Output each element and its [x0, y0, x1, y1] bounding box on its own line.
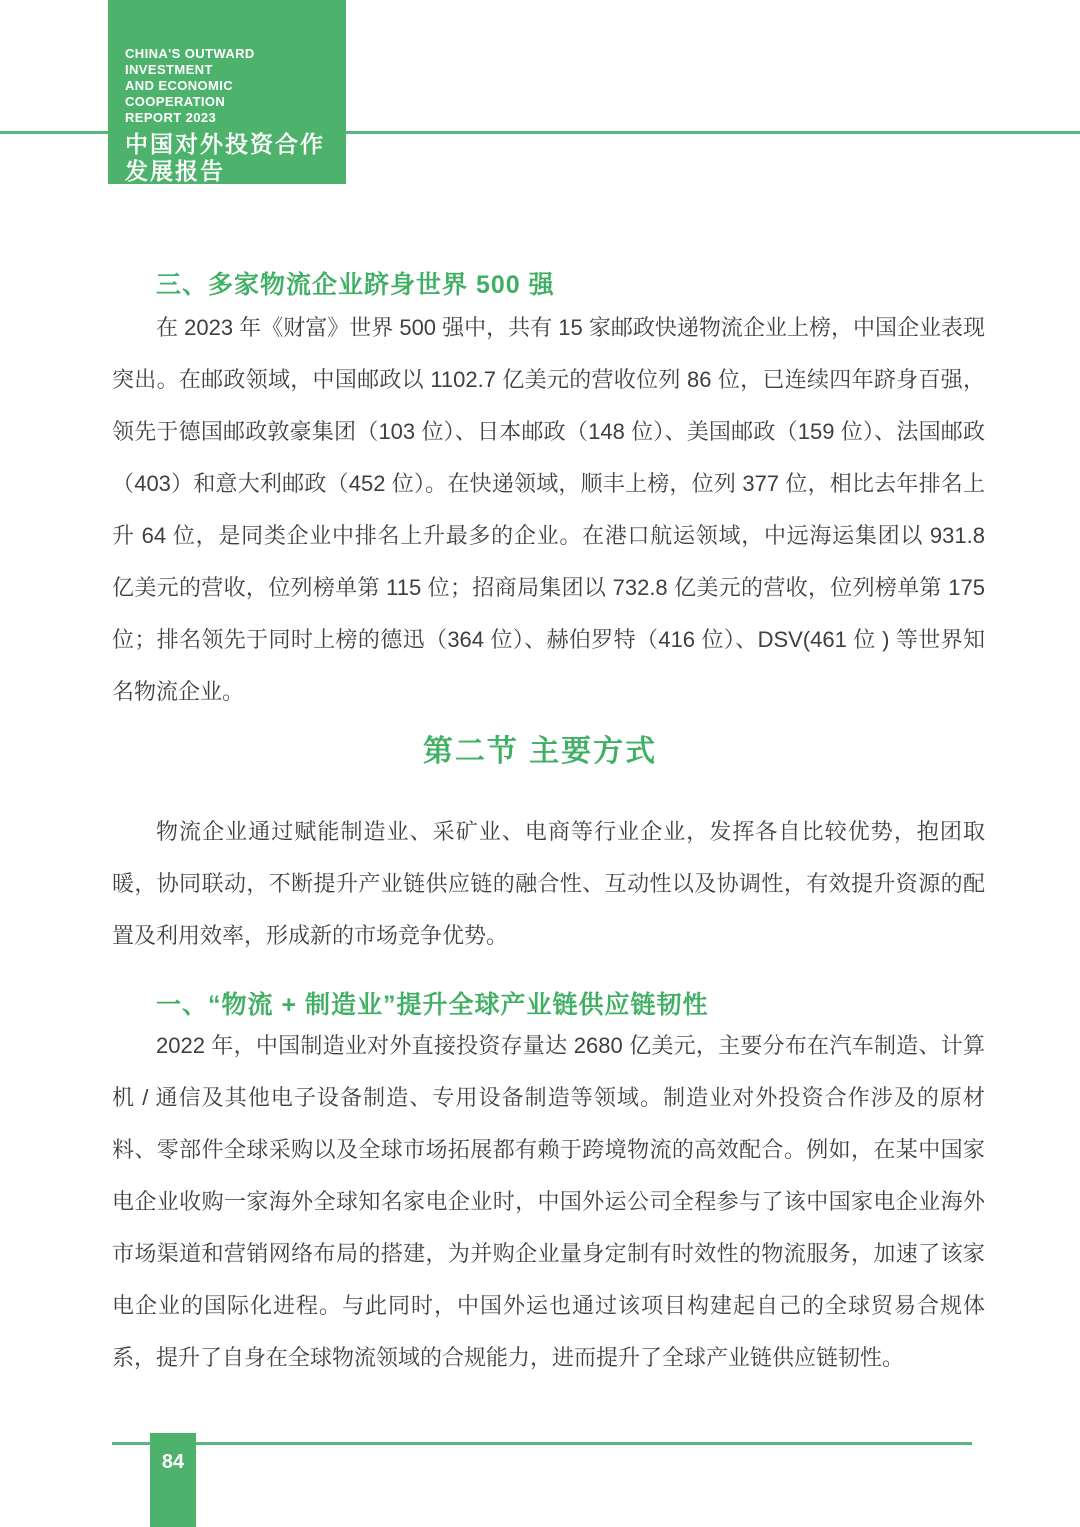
- report-page: CHINA'S OUTWARD INVESTMENT AND ECONOMIC …: [0, 0, 1080, 1527]
- report-title-zh-line1: 中国对外投资合作: [125, 131, 332, 158]
- chapter-section-heading-main-methods: 第二节 主要方式: [0, 726, 1080, 770]
- page-number-badge: 84: [150, 1433, 196, 1527]
- report-year: 2023: [125, 185, 332, 216]
- report-title-en-line3: REPORT 2023: [125, 110, 332, 126]
- report-title-zh-line2: 发展报告: [125, 158, 332, 185]
- paragraph-manufacturing-investment: 2022 年，中国制造业对外直接投资存量达 2680 亿美元，主要分布在汽车制造…: [112, 1020, 985, 1384]
- footer-rule: [112, 1442, 972, 1445]
- paragraph-logistics-overview: 物流企业通过赋能制造业、采矿业、电商等行业企业，发挥各自比较优势，抱团取暖，协同…: [112, 806, 985, 962]
- page-number: 84: [162, 1451, 184, 1473]
- paragraph-fortune500-details: 在 2023 年《财富》世界 500 强中，共有 15 家邮政快递物流企业上榜，…: [112, 302, 985, 718]
- report-cover-badge: CHINA'S OUTWARD INVESTMENT AND ECONOMIC …: [108, 0, 346, 184]
- subsection-heading-logistics-manufacturing: 一、“物流 + 制造业”提升全球产业链供应链韧性: [156, 985, 709, 1021]
- report-title-en-line1: CHINA'S OUTWARD INVESTMENT: [125, 46, 332, 78]
- report-title-en-line2: AND ECONOMIC COOPERATION: [125, 78, 332, 110]
- section-heading-logistics-fortune500: 三、多家物流企业跻身世界 500 强: [156, 265, 555, 301]
